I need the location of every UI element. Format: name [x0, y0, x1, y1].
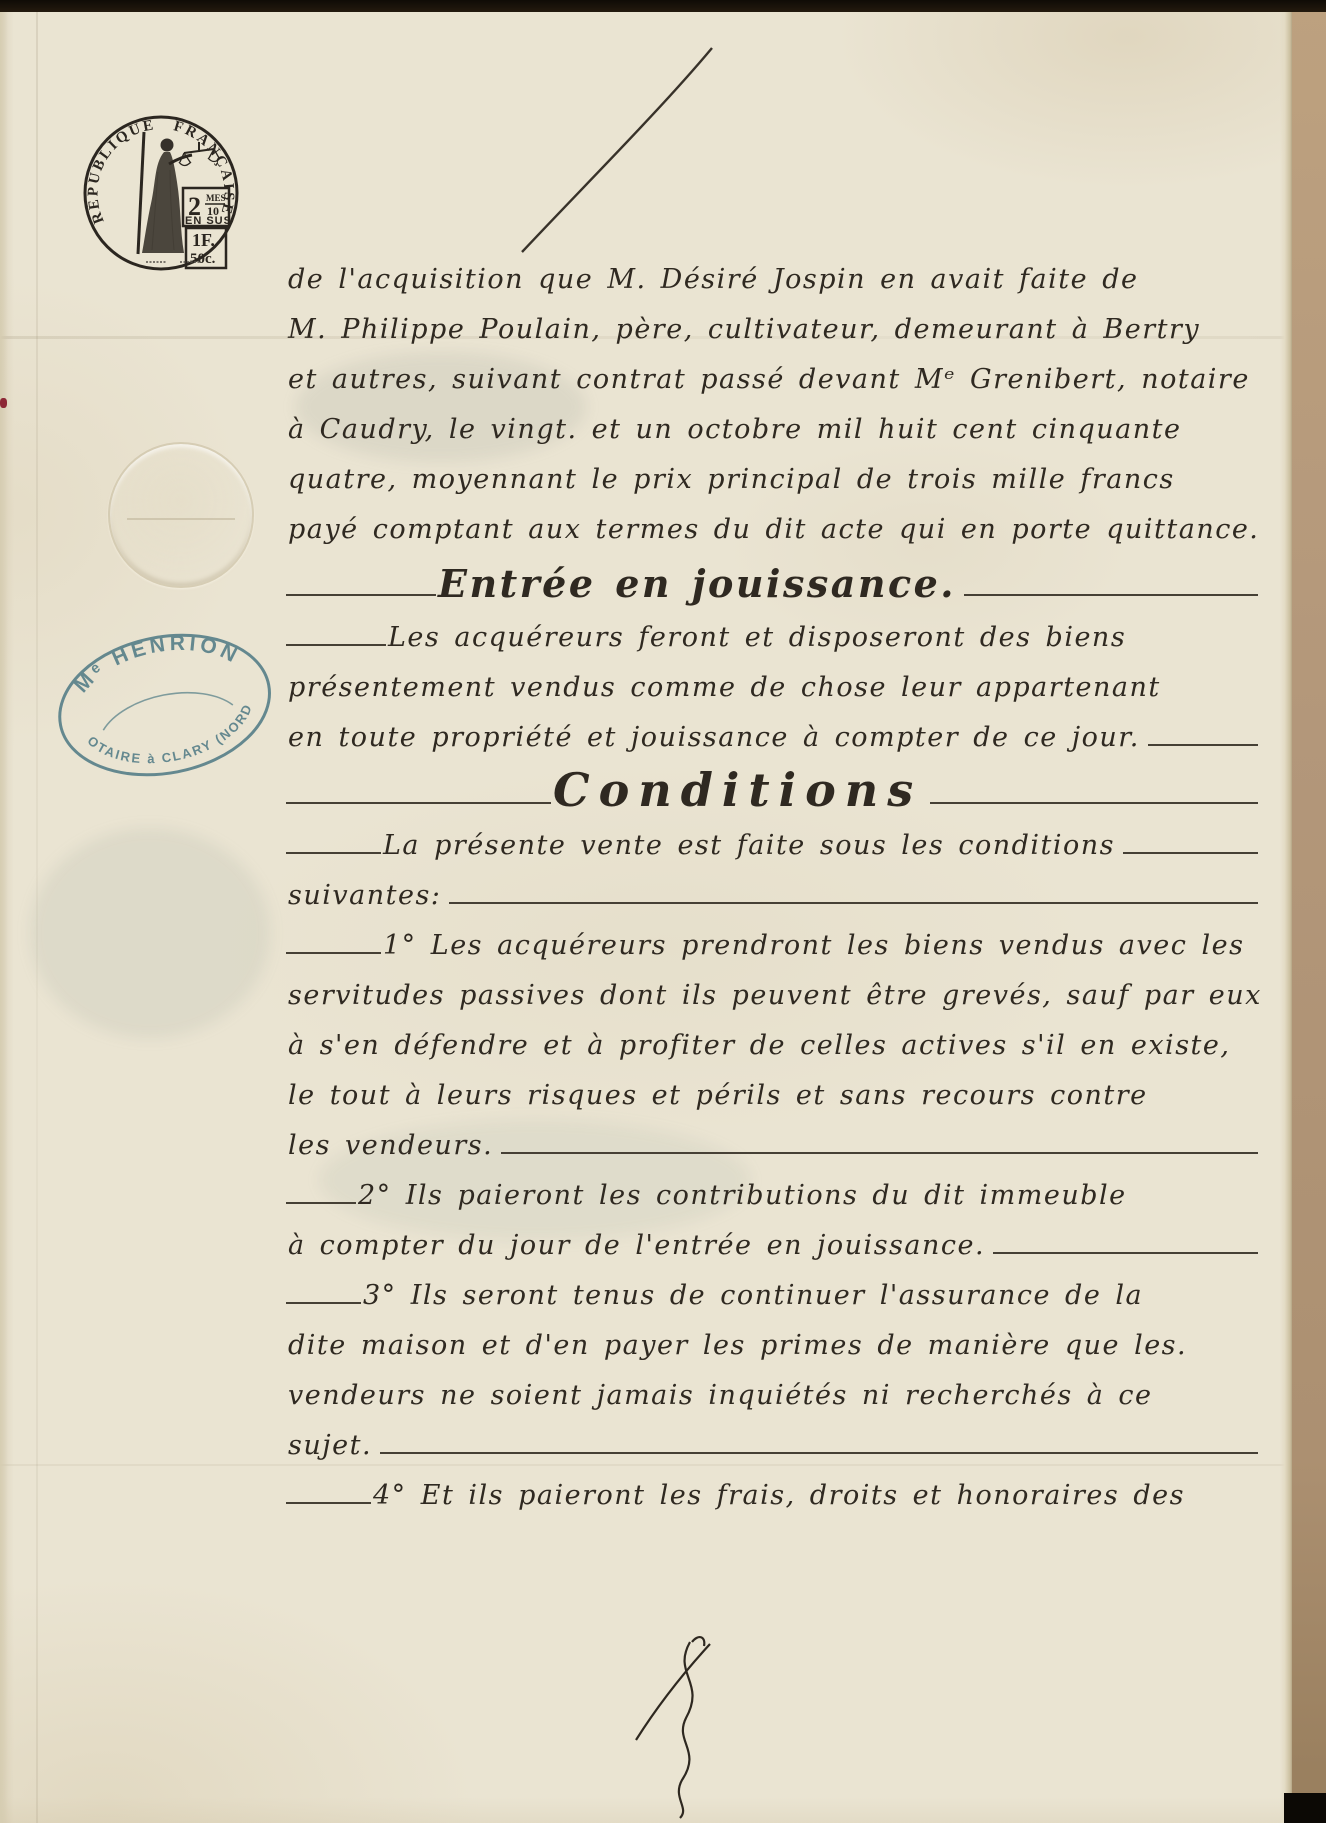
- ink-rule: [286, 644, 386, 646]
- handwritten-text: La présente vente est faite sous les con…: [381, 832, 1123, 868]
- handwritten-text: à Caudry, le vingt. et un octobre mil hu…: [286, 416, 1189, 452]
- handwritten-text: vendeurs ne soient jamais inquiétés ni r…: [286, 1382, 1161, 1418]
- handwritten-text: dite maison et d'en payer les primes de …: [286, 1332, 1195, 1368]
- ink-rule: [286, 1502, 371, 1504]
- handwritten-text: 1° Les acquéreurs prendront les biens ve…: [381, 932, 1252, 968]
- handwritten-text: à compter du jour de l'entrée en jouissa…: [286, 1232, 993, 1268]
- ink-rule: [501, 1152, 1258, 1154]
- text-line: le tout à leurs risques et périls et san…: [286, 1068, 1264, 1118]
- text-line: présentement vendus comme de chose leur …: [286, 660, 1264, 710]
- ink-rule: [286, 1202, 356, 1204]
- handwritten-text: payé comptant aux termes du dit acte qui…: [286, 516, 1267, 552]
- text-line: servitudes passives dont ils peuvent êtr…: [286, 968, 1264, 1018]
- document-lines: de l'acquisition que M. Désiré Jospin en…: [286, 252, 1264, 1518]
- ink-bleedthrough: [30, 828, 270, 1038]
- ink-rule: [286, 952, 381, 954]
- ink-rule: [449, 902, 1258, 904]
- handwritten-text: Entrée en jouissance.: [436, 564, 964, 610]
- notary-stamp-inner-arc: [99, 682, 233, 730]
- notary-name: Mᵉ HENRION: [64, 618, 248, 700]
- svg-text:NOTAIRE à CLARY (NORD): NOTAIRE à CLARY (NORD): [35, 607, 263, 787]
- text-line: dite maison et d'en payer les primes de …: [286, 1318, 1264, 1368]
- svg-text:RÉPUBLIQUE: RÉPUBLIQUE: [84, 117, 156, 226]
- handwritten-text: Les acquéreurs feront et disposeront des…: [386, 624, 1134, 660]
- handwritten-text: sujet.: [286, 1432, 380, 1468]
- text-line: 2° Ils paieront les contributions du dit…: [286, 1168, 1264, 1218]
- surtax-mes: MES: [206, 193, 226, 203]
- handwritten-text: à s'en défendre et à profiter de celles …: [286, 1032, 1238, 1068]
- pen-slash-mark: [500, 40, 730, 260]
- embossed-seal: [108, 442, 254, 588]
- heading-line: Entrée en jouissance.: [286, 552, 1264, 610]
- svg-text:FRANÇAISE: FRANÇAISE: [172, 118, 237, 217]
- text-line: M. Philippe Poulain, père, cultivateur, …: [286, 302, 1264, 352]
- vertical-crease: [36, 0, 38, 1823]
- notary-ink-stamp: Mᵉ HENRION NOTAIRE à CLARY (NORD): [35, 607, 295, 807]
- handwritten-text: présentement vendus comme de chose leur …: [286, 674, 1169, 710]
- text-line: en toute propriété et jouissance à compt…: [286, 710, 1264, 760]
- ink-rule: [1123, 852, 1258, 854]
- text-line: La présente vente est faite sous les con…: [286, 818, 1264, 868]
- text-line: sujet.: [286, 1418, 1264, 1468]
- text-line: vendeurs ne soient jamais inquiétés ni r…: [286, 1368, 1264, 1418]
- handwritten-text: 4° Et ils paieront les frais, droits et …: [371, 1482, 1193, 1518]
- handwritten-text: le tout à leurs risques et périls et san…: [286, 1082, 1156, 1118]
- ink-rule: [930, 802, 1258, 804]
- stamp-text-republique: RÉPUBLIQUE: [84, 117, 156, 226]
- text-line: de l'acquisition que M. Désiré Jospin en…: [286, 252, 1264, 302]
- ink-rule: [286, 802, 551, 804]
- handwritten-text: 2° Ils paieront les contributions du dit…: [356, 1182, 1135, 1218]
- revenue-stamp: RÉPUBLIQUE FRANÇAISE 2 MES 10 EN SUS: [80, 112, 242, 274]
- handwritten-text: de l'acquisition que M. Désiré Jospin en…: [286, 266, 1146, 302]
- paper-right-edge: [1280, 0, 1292, 1823]
- handwritten-text: quatre, moyennant le prix principal de t…: [286, 466, 1183, 502]
- text-line: à Caudry, le vingt. et un octobre mil hu…: [286, 402, 1264, 452]
- underlying-page-edge: [1292, 0, 1326, 1823]
- surtax-ensus: EN SUS: [185, 215, 232, 227]
- ink-rule: [286, 1302, 361, 1304]
- scanned-notarial-deed-page: RÉPUBLIQUE FRANÇAISE 2 MES 10 EN SUS: [0, 0, 1326, 1823]
- handwritten-text: servitudes passives dont ils peuvent êtr…: [286, 982, 1270, 1018]
- signature-paraph: [612, 1628, 752, 1823]
- handwritten-text: en toute propriété et jouissance à compt…: [286, 724, 1148, 760]
- stamp-text-francaise: FRANÇAISE: [172, 118, 237, 217]
- handwritten-text: suivantes:: [286, 882, 449, 918]
- scan-corner-shadow: [1284, 1793, 1326, 1823]
- text-line: suivantes:: [286, 868, 1264, 918]
- handwritten-text: et autres, suivant contrat passé devant …: [286, 366, 1258, 402]
- handwritten-text: 3° Ils seront tenus de continuer l'assur…: [361, 1282, 1151, 1318]
- ink-rule: [286, 852, 381, 854]
- text-line: 4° Et ils paieront les frais, droits et …: [286, 1468, 1264, 1518]
- ink-rule: [380, 1452, 1258, 1454]
- text-line: Les acquéreurs feront et disposeront des…: [286, 610, 1264, 660]
- text-line: 3° Ils seront tenus de continuer l'assur…: [286, 1268, 1264, 1318]
- text-line: les vendeurs.: [286, 1118, 1264, 1168]
- text-line: et autres, suivant contrat passé devant …: [286, 352, 1264, 402]
- text-line: quatre, moyennant le prix principal de t…: [286, 452, 1264, 502]
- red-ink-mark: [0, 398, 7, 408]
- ink-rule: [964, 594, 1258, 596]
- value-francs: 1F.: [192, 230, 215, 250]
- ink-rule: [1148, 744, 1258, 746]
- value-centimes: 50c.: [190, 251, 216, 267]
- ink-rule: [993, 1252, 1258, 1254]
- text-line: à s'en défendre et à profiter de celles …: [286, 1018, 1264, 1068]
- svg-text:Mᵉ HENRION: Mᵉ HENRION: [64, 618, 248, 700]
- heading-line: Conditions: [286, 760, 1264, 818]
- handwritten-text: M. Philippe Poulain, père, cultivateur, …: [286, 316, 1208, 352]
- scan-top-edge: [0, 0, 1326, 12]
- notary-title-location: NOTAIRE à CLARY (NORD): [35, 607, 263, 787]
- handwritten-text: les vendeurs.: [286, 1132, 501, 1168]
- text-line: payé comptant aux termes du dit acte qui…: [286, 502, 1264, 552]
- handwritten-text: Conditions: [551, 766, 930, 818]
- text-line: à compter du jour de l'entrée en jouissa…: [286, 1218, 1264, 1268]
- paper-left-edge: [0, 0, 8, 1823]
- ink-rule: [286, 594, 436, 596]
- text-line: 1° Les acquéreurs prendront les biens ve…: [286, 918, 1264, 968]
